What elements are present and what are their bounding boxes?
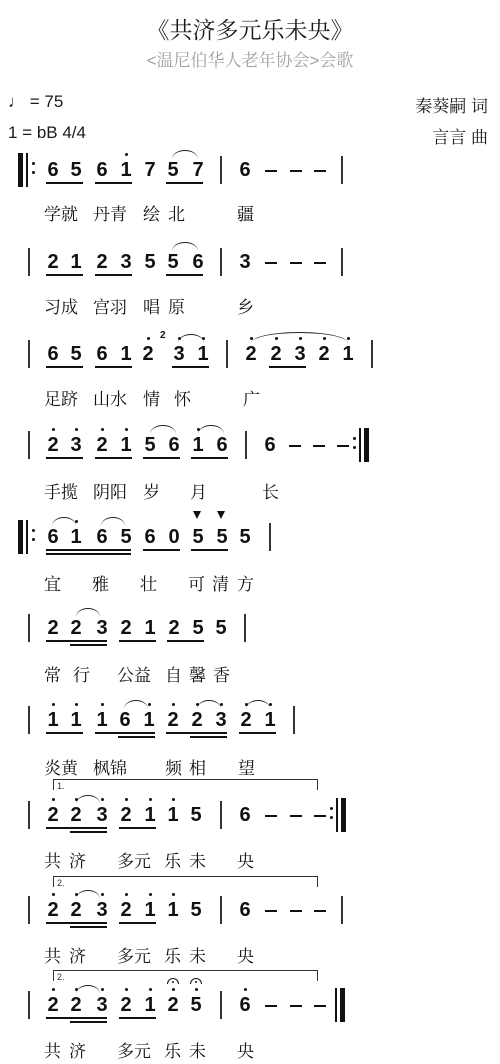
- dash: [265, 1005, 277, 1007]
- dash: [314, 1005, 326, 1007]
- lyricist-credit: 秦葵嗣 词: [415, 92, 488, 117]
- lyric: 怀: [174, 385, 191, 410]
- barline: [220, 156, 222, 184]
- lyric: 济: [69, 847, 86, 872]
- underline-eighth: [46, 922, 107, 924]
- note: 5: [188, 898, 204, 922]
- note-high: 1: [68, 525, 84, 549]
- underline-eighth: [46, 1017, 107, 1019]
- score-row-6: 2 2 3 2 1 2 5 5 常 行 公益 自 馨 香: [0, 616, 500, 676]
- underline-eighth: [46, 182, 83, 184]
- underline-sixteenth: [190, 736, 227, 738]
- song-subtitle: <温尼伯华人老年协会>会歌: [0, 46, 500, 71]
- lyric: 未: [189, 942, 206, 967]
- composer-credit: 言言 曲: [432, 123, 488, 148]
- score-row-3: 6 5 6 1 2 2 3 1 2 2 3 2 1 足跻 山水 情 怀 广: [0, 342, 500, 402]
- note-high: 1: [118, 433, 134, 457]
- underline-eighth: [95, 366, 132, 368]
- lyric: 枫锦: [93, 754, 127, 779]
- note: 6: [214, 433, 230, 457]
- note-high: 3: [68, 433, 84, 457]
- lyric: 乐: [164, 942, 181, 967]
- barline: [28, 431, 30, 459]
- song-title: 《共济多元乐未央》: [0, 12, 500, 45]
- note-high: 2: [243, 342, 259, 366]
- score-row-2: 2 1 2 3 5 5 6 3 习成 宫羽 唱 原 乡: [0, 250, 500, 310]
- lyric: 乐: [164, 1037, 181, 1062]
- barline: [269, 523, 271, 551]
- underline-eighth: [172, 366, 209, 368]
- lyric: 行: [73, 661, 90, 686]
- note-high: 2: [45, 898, 61, 922]
- note-high: 2: [165, 708, 181, 732]
- lyric: 原: [168, 293, 185, 318]
- note-high: 2: [94, 433, 110, 457]
- lyric: 央: [237, 847, 254, 872]
- note-high: 2: [45, 993, 61, 1017]
- score-row-5: 6 1 6 5 6 0 5 5 5 宜 雅 壮 可 清 方: [0, 525, 500, 585]
- lyric: 共: [44, 847, 61, 872]
- second-ending-bracket-final: 2.: [53, 970, 318, 981]
- dash: [313, 445, 325, 447]
- lyric: 长: [262, 478, 279, 503]
- accent-marker: [217, 511, 225, 519]
- barline-thin: [26, 153, 28, 187]
- note-high: 2: [118, 993, 134, 1017]
- underline-eighth: [269, 366, 306, 368]
- note-high: 2: [140, 342, 156, 366]
- barline-thin: [26, 520, 28, 554]
- repeat-start-barline: [18, 520, 23, 554]
- accent-marker: [193, 511, 201, 519]
- barline: [28, 801, 30, 829]
- underline-eighth: [46, 457, 83, 459]
- lyric: 北: [168, 200, 185, 225]
- note: 6: [166, 433, 182, 457]
- barline: [371, 340, 373, 368]
- lyric: 未: [189, 847, 206, 872]
- dash: [265, 910, 277, 912]
- note: 6: [94, 158, 110, 182]
- note: 2: [68, 616, 84, 640]
- note: 6: [94, 525, 110, 549]
- score-row-9: 2 2 3 2 1 1 5 6 共 济 多元 乐 未 央: [0, 898, 500, 958]
- lyric: 山水: [93, 385, 127, 410]
- lyric: 阴阳: [93, 478, 127, 503]
- lyric: 未: [189, 1037, 206, 1062]
- lyric: 月: [190, 478, 207, 503]
- lyric: 香: [213, 661, 230, 686]
- note: 2: [118, 616, 134, 640]
- note-high: 3: [171, 342, 187, 366]
- note: 5: [214, 525, 230, 549]
- note-high: 3: [94, 803, 110, 827]
- lyric: 多元: [117, 847, 151, 872]
- lyric: 炎黄: [44, 754, 78, 779]
- note-high: 1: [141, 708, 157, 732]
- note-high: 5: [188, 993, 204, 1017]
- underline-eighth: [46, 640, 107, 642]
- score-row-7: 1 1 1 6 1 2 2 3 2 1 炎黄 枫锦 频 相 望: [0, 708, 500, 768]
- note-high: 2: [118, 898, 134, 922]
- dash: [290, 910, 302, 912]
- fermata-icon: [167, 978, 179, 984]
- note: 6: [237, 803, 253, 827]
- underline-eighth: [46, 732, 83, 734]
- barline: [28, 248, 30, 276]
- repeat-end-barline: [364, 428, 369, 462]
- note: 5: [237, 525, 253, 549]
- lyric: 宜: [44, 570, 61, 595]
- note-high: 2: [68, 803, 84, 827]
- underline-eighth: [46, 366, 83, 368]
- note: 5: [68, 158, 84, 182]
- note-high: 2: [45, 803, 61, 827]
- barline: [28, 706, 30, 734]
- lyric: 济: [69, 942, 86, 967]
- note: 2: [166, 616, 182, 640]
- lyric: 丹青: [93, 200, 127, 225]
- score-row-8: 2 2 3 2 1 1 5 6 共 济 多元 乐 未 央: [0, 803, 500, 863]
- underline-sixteenth: [70, 644, 107, 646]
- dash: [314, 910, 326, 912]
- barline: [220, 801, 222, 829]
- lyric: 岁: [143, 478, 160, 503]
- note-high: 2: [165, 993, 181, 1017]
- lyric: 多元: [117, 1037, 151, 1062]
- score-row-10: 2 2 3 2 1 2 5 6 共 济 多元 乐 未 央: [0, 993, 500, 1053]
- lyric: 馨: [189, 661, 206, 686]
- note: 6: [45, 342, 61, 366]
- barline: [245, 431, 247, 459]
- note: 6: [45, 525, 61, 549]
- note: 3: [94, 616, 110, 640]
- note: 5: [142, 433, 158, 457]
- lyric: 望: [238, 754, 255, 779]
- underline-eighth: [166, 274, 203, 276]
- lyric: 手揽: [44, 478, 78, 503]
- repeat-start-barline: [18, 153, 23, 187]
- note: 5: [165, 158, 181, 182]
- barline: [220, 248, 222, 276]
- dash: [290, 170, 302, 172]
- note: 6: [237, 158, 253, 182]
- underline-eighth: [167, 640, 204, 642]
- lyric: 学就: [44, 200, 78, 225]
- underline-sixteenth: [46, 553, 131, 555]
- note-high: 1: [262, 708, 278, 732]
- ending-number: 1.: [57, 781, 65, 791]
- note: 3: [118, 250, 134, 274]
- repeat-end-barline: [341, 798, 346, 832]
- underline-eighth: [46, 827, 107, 829]
- underline-eighth: [46, 274, 83, 276]
- lyric: 央: [237, 942, 254, 967]
- key-time-signature: 1 = bB 4/4: [8, 123, 86, 143]
- lyric: 常: [44, 661, 61, 686]
- underline-sixteenth: [118, 736, 155, 738]
- underline-eighth: [95, 457, 132, 459]
- underline-sixteenth: [70, 1021, 107, 1023]
- underline-eighth: [46, 549, 131, 551]
- underline-eighth: [239, 732, 276, 734]
- note-high: 2: [316, 342, 332, 366]
- note: 5: [165, 250, 181, 274]
- fermata-icon: [190, 978, 202, 984]
- lyric: 唱: [143, 293, 160, 318]
- barline: [293, 706, 295, 734]
- dash: [290, 1005, 302, 1007]
- underline-eighth: [119, 1017, 156, 1019]
- lyric: 相: [189, 754, 206, 779]
- barline: [244, 614, 246, 642]
- underline-eighth: [119, 922, 156, 924]
- lyric: 可: [188, 570, 205, 595]
- lyric: 自: [165, 661, 182, 686]
- score-row-4: 2 3 2 1 5 6 1 6 6 手揽 阴阳 岁 月 长: [0, 433, 500, 493]
- note-high: 6: [237, 993, 253, 1017]
- barline: [341, 896, 343, 924]
- lyric: 多元: [117, 942, 151, 967]
- note: 7: [190, 158, 206, 182]
- barline: [28, 896, 30, 924]
- note: 5: [118, 525, 134, 549]
- note-high: 1: [142, 993, 158, 1017]
- note-high: 1: [195, 342, 211, 366]
- dash: [265, 815, 277, 817]
- lyric: 壮: [140, 570, 157, 595]
- score-row-1: 6 5 6 1 7 5 7 6 学就 丹青 绘 北 疆: [0, 158, 500, 218]
- note: 5: [213, 616, 229, 640]
- lyric: 央: [237, 1037, 254, 1062]
- note: 1: [118, 342, 134, 366]
- note: 2: [45, 616, 61, 640]
- underline-eighth: [95, 732, 155, 734]
- note-high: 3: [213, 708, 229, 732]
- note-high: 3: [292, 342, 308, 366]
- note-high: 3: [94, 993, 110, 1017]
- barline-thin: [359, 428, 361, 462]
- dash: [314, 170, 326, 172]
- note: 2: [94, 250, 110, 274]
- note: 6: [190, 250, 206, 274]
- note: 5: [188, 803, 204, 827]
- underline-eighth: [119, 827, 156, 829]
- lyric: 习成: [44, 293, 78, 318]
- dash: [290, 815, 302, 817]
- lyric: 清: [212, 570, 229, 595]
- dash: [290, 262, 302, 264]
- note-high: 1: [118, 158, 134, 182]
- lyric: 乐: [164, 847, 181, 872]
- dash: [314, 262, 326, 264]
- barline: [220, 896, 222, 924]
- note: 6: [94, 342, 110, 366]
- note-high: 1: [142, 803, 158, 827]
- note: 6: [262, 433, 278, 457]
- note-high: 1: [190, 433, 206, 457]
- final-barline: [340, 988, 345, 1022]
- second-ending-bracket: 2.: [53, 876, 318, 887]
- dash: [289, 445, 301, 447]
- lyric: 广: [243, 385, 260, 410]
- note: 6: [45, 158, 61, 182]
- lyric: 情: [143, 385, 160, 410]
- note: 3: [237, 250, 253, 274]
- barline-thin: [336, 798, 338, 832]
- underline-eighth: [143, 549, 180, 551]
- note-high: 2: [238, 708, 254, 732]
- underline-eighth: [119, 640, 156, 642]
- lyric: 共: [44, 942, 61, 967]
- first-ending-bracket: 1.: [53, 779, 318, 790]
- lyric: 公益: [117, 661, 151, 686]
- note-rest: 0: [166, 525, 182, 549]
- lyric: 乡: [237, 293, 254, 318]
- note-high: 1: [340, 342, 356, 366]
- barline: [28, 991, 30, 1019]
- note-high: 2: [189, 708, 205, 732]
- underline-eighth: [143, 457, 180, 459]
- note-high: 2: [68, 993, 84, 1017]
- note-high: 1: [165, 803, 181, 827]
- barline: [341, 156, 343, 184]
- lyric: 济: [69, 1037, 86, 1062]
- barline: [28, 614, 30, 642]
- tempo-marking: ♩ = 75: [8, 92, 63, 112]
- dash: [265, 262, 277, 264]
- ending-number: 2.: [57, 972, 65, 982]
- lyric: 雅: [92, 570, 109, 595]
- note-high: 1: [165, 898, 181, 922]
- note: 6: [117, 708, 133, 732]
- barline: [220, 991, 222, 1019]
- dash: [337, 445, 349, 447]
- note: 6: [142, 525, 158, 549]
- lyric: 宫羽: [93, 293, 127, 318]
- grace-note: 2: [160, 330, 166, 341]
- underline-eighth: [191, 549, 228, 551]
- lyric: 频: [165, 754, 182, 779]
- note: 6: [237, 898, 253, 922]
- barline: [226, 340, 228, 368]
- dash: [314, 815, 326, 817]
- note: 5: [68, 342, 84, 366]
- note-high: 2: [268, 342, 284, 366]
- lyric: 绘: [143, 200, 160, 225]
- note-high: 2: [45, 433, 61, 457]
- note-high: 2: [68, 898, 84, 922]
- lyric: 足跻: [44, 385, 78, 410]
- underline-eighth: [166, 732, 227, 734]
- note-high: 3: [94, 898, 110, 922]
- underline-eighth: [191, 457, 228, 459]
- note: 2: [45, 250, 61, 274]
- note-high: 1: [45, 708, 61, 732]
- note: 5: [142, 250, 158, 274]
- barline-thin: [335, 988, 337, 1022]
- barline: [341, 248, 343, 276]
- barline: [28, 340, 30, 368]
- note: 1: [142, 616, 158, 640]
- lyric: 方: [237, 570, 254, 595]
- note: 1: [68, 250, 84, 274]
- note-high: 1: [142, 898, 158, 922]
- lyric: 疆: [237, 200, 254, 225]
- underline-sixteenth: [70, 926, 107, 928]
- ending-number: 2.: [57, 878, 65, 888]
- lyric: 共: [44, 1037, 61, 1062]
- note-high: 2: [118, 803, 134, 827]
- underline-eighth: [166, 182, 203, 184]
- underline-sixteenth: [70, 831, 107, 833]
- note: 7: [142, 158, 158, 182]
- note-high: 1: [68, 708, 84, 732]
- note-high: 1: [94, 708, 110, 732]
- note: 5: [190, 616, 206, 640]
- underline-eighth: [95, 274, 132, 276]
- note: 5: [190, 525, 206, 549]
- underline-eighth: [95, 182, 132, 184]
- dash: [265, 170, 277, 172]
